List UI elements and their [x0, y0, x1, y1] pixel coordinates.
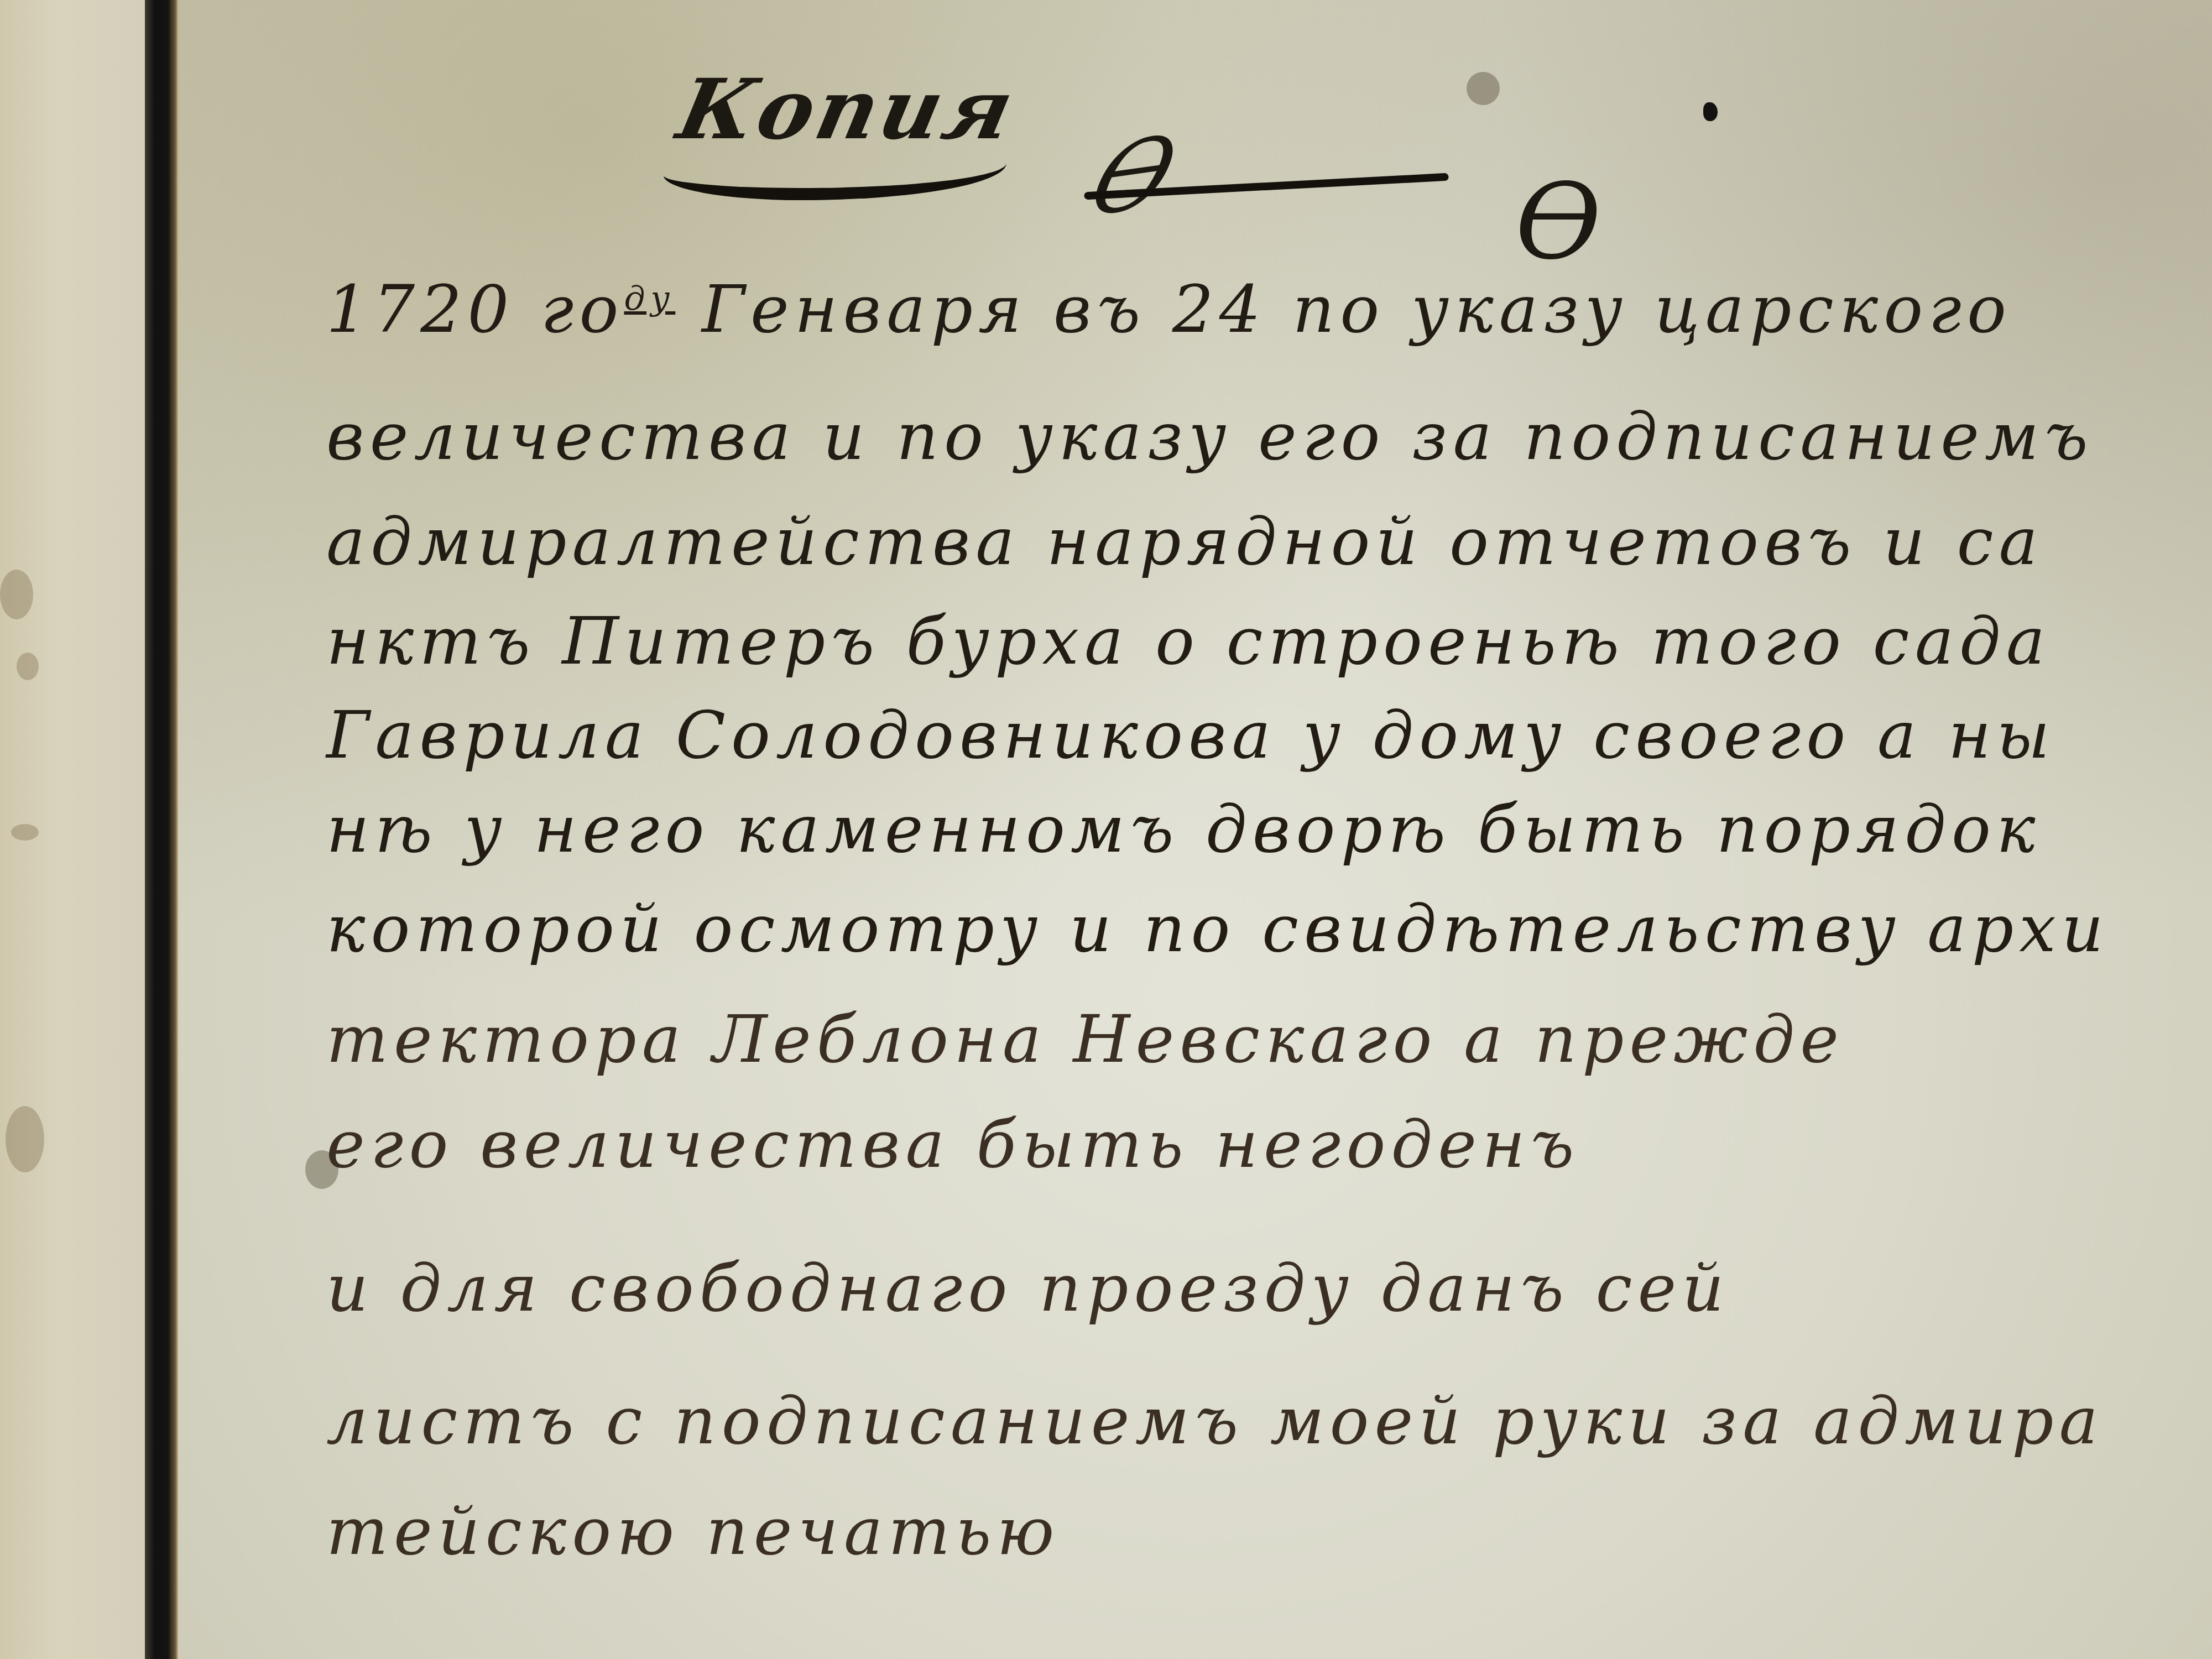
- manuscript-line-6: нѣ у него каменномъ дворѣ быть порядок: [326, 791, 2041, 867]
- stain: [17, 653, 39, 680]
- ink-dot: [1703, 102, 1718, 121]
- manuscript-line-2: величества и по указу его за подписанием…: [326, 398, 2094, 474]
- ink-blot: [1467, 72, 1500, 105]
- manuscript-line-3: адмиралтейства нарядной отчетовъ и са: [326, 503, 2043, 580]
- date-superscript: ду: [624, 279, 676, 318]
- date-preposition: въ: [1053, 271, 1146, 347]
- manuscript-photo: Копия Ѳ Ѳ 1720 году Генваря въ 24 по ука…: [0, 0, 2212, 1659]
- book-spine: [145, 0, 178, 1659]
- manuscript-line-9: его величества быть негоденъ: [326, 1106, 1579, 1182]
- manuscript-line-1: 1720 году Генваря въ 24 по указу царског…: [326, 271, 2012, 347]
- date-year: 1720: [326, 271, 514, 347]
- manuscript-line-4: нктъ Питеръ бурха о строеньѣ того сада: [326, 603, 2051, 679]
- date-month: Генваря: [702, 271, 1027, 347]
- manuscript-line-11: листъ с подписаниемъ моей руки за адмира: [326, 1383, 2104, 1459]
- stain: [0, 570, 33, 619]
- manuscript-line-12: тейскою печатью: [326, 1493, 1060, 1569]
- manuscript-line-8: тектора Леблона Невскаго а прежде: [326, 1001, 1844, 1077]
- date-day: 24: [1172, 271, 1266, 347]
- line-1-rest: по указу царского: [1292, 271, 2012, 347]
- stain: [11, 824, 39, 841]
- manuscript-line-5: Гаврила Солодовникова у дому своего а ны: [326, 697, 2056, 773]
- monogram: Ѳ: [1515, 160, 1605, 283]
- manuscript-line-7: которой осмотру и по свидѣтельству архи: [326, 890, 2109, 967]
- stain: [6, 1106, 44, 1172]
- manuscript-line-10: и для свободнаго проезду данъ сей: [326, 1250, 1729, 1326]
- left-facing-page: [0, 0, 145, 1659]
- date-year-suffix: го: [541, 271, 624, 347]
